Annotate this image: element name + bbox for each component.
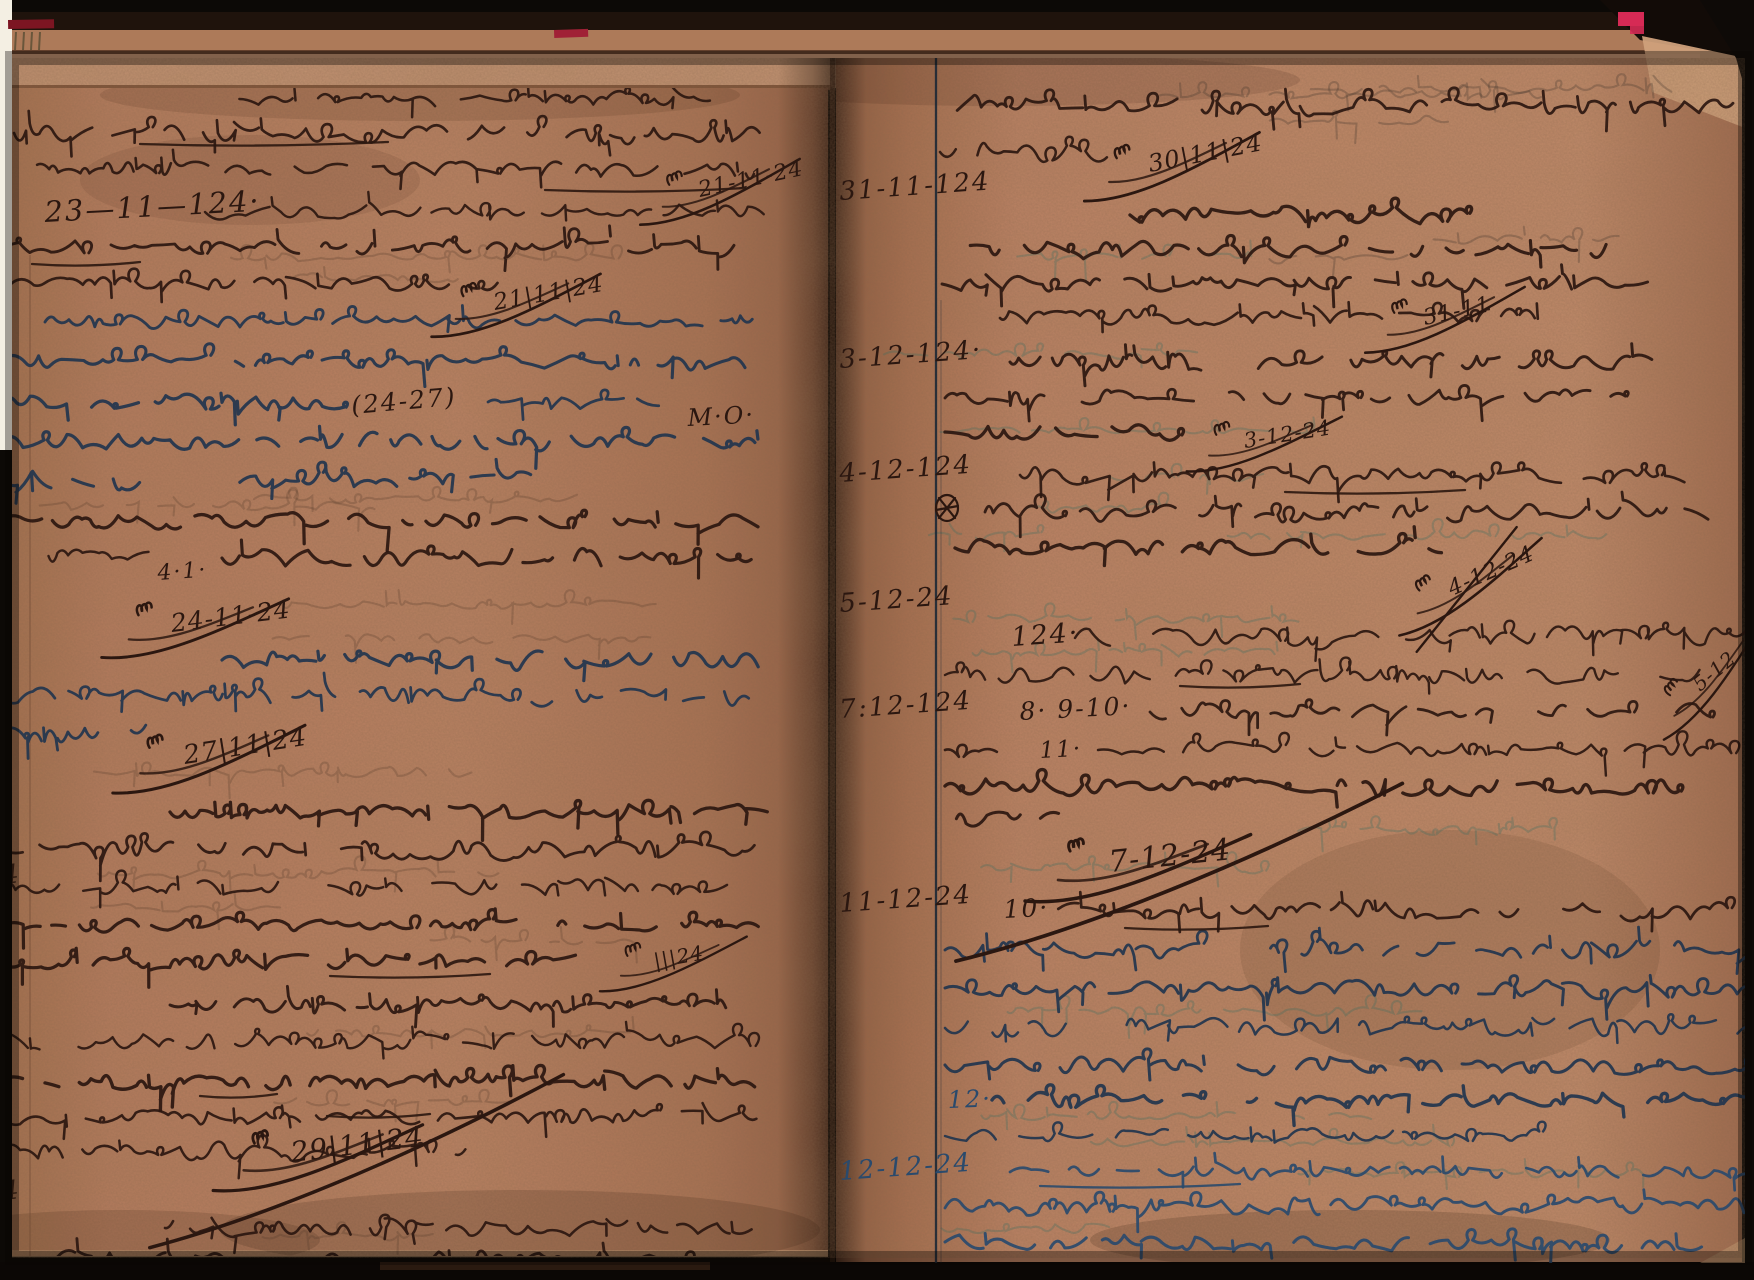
date-token: 4·1· [156, 558, 209, 586]
edge-tick-mark [23, 32, 24, 50]
date-token: M·O· [686, 400, 756, 432]
date-token: 124· [1010, 617, 1080, 653]
edge-tick-mark [15, 32, 16, 50]
manuscript-scan-container: Scanned two-page spread of an old handwr… [0, 0, 1754, 1280]
edge-tick-mark [39, 32, 40, 50]
red-edge-mark [8, 19, 54, 29]
pink-edge-mark [1618, 12, 1644, 26]
date-token: 8· 9-10· [1019, 691, 1132, 726]
paper-blotch [1240, 830, 1660, 1070]
manuscript-scan: 23—11—124·(24-27)M·O·4·1·4421-11-2421|11… [0, 0, 1754, 1280]
paper-grain [12, 58, 1745, 1258]
date-token: 12· [947, 1084, 992, 1114]
date-token: 11· [1039, 736, 1083, 764]
edge-tick-mark [31, 32, 32, 50]
crimson-edge-mark [554, 29, 588, 38]
date-token: 10· [1003, 893, 1050, 924]
